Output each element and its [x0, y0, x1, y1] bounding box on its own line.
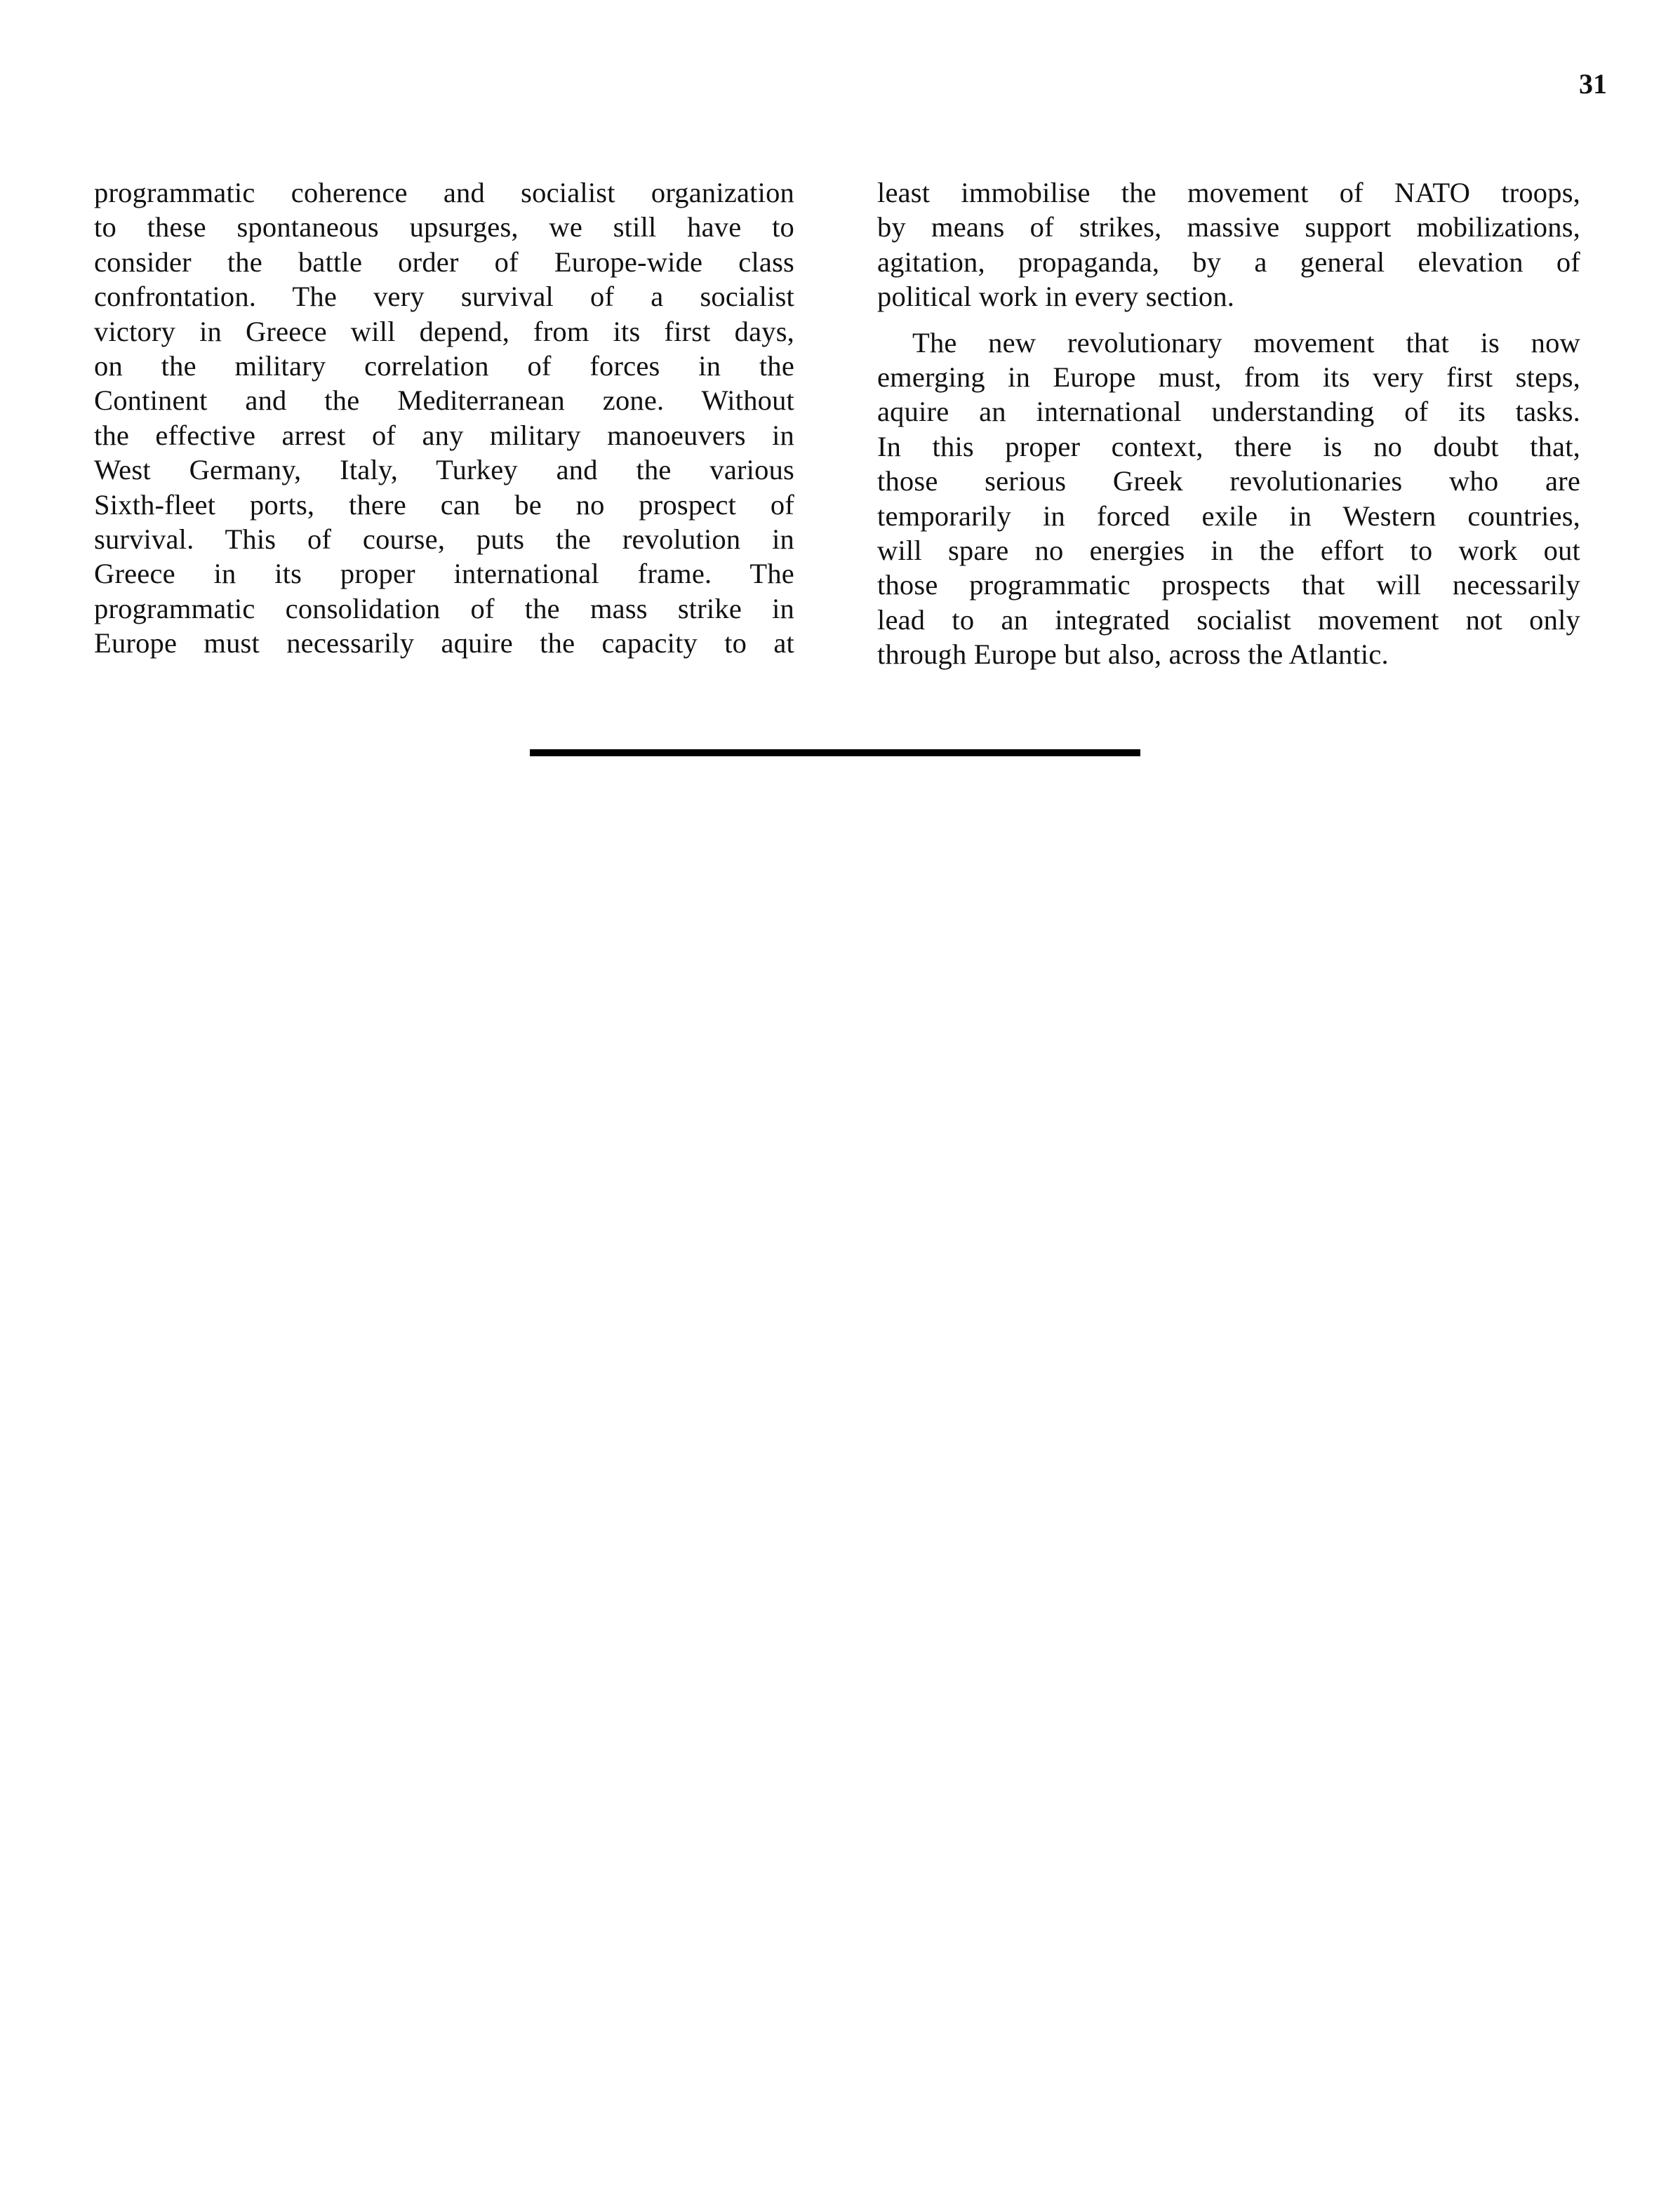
text-line: consider the battle order of Europe-wide…	[94, 245, 794, 279]
text-line: emerging in Europe must, from its very f…	[877, 360, 1580, 394]
left-column: programmatic coherence and socialist org…	[94, 175, 794, 661]
text-line: the effective arrest of any military man…	[94, 418, 794, 453]
text-line: political work in every section.	[877, 279, 1580, 314]
text-line: West Germany, Italy, Turkey and the vari…	[94, 453, 794, 487]
section-end-rule	[530, 749, 1140, 756]
paragraph: The new revolutionary movement that is n…	[877, 326, 1580, 672]
text-line: aquire an international understanding of…	[877, 394, 1580, 429]
text-line: agitation, propaganda, by a general elev…	[877, 245, 1580, 279]
text-line: to these spontaneous upsurges, we still …	[94, 210, 794, 244]
text-line: The new revolutionary movement that is n…	[877, 326, 1580, 360]
text-line: temporarily in forced exile in Western c…	[877, 499, 1580, 533]
text-line: programmatic coherence and socialist org…	[94, 175, 794, 210]
text-line: Greece in its proper international frame…	[94, 556, 794, 591]
text-line: will spare no energies in the effort to …	[877, 533, 1580, 568]
text-line: on the military correlation of forces in…	[94, 349, 794, 383]
paragraph: programmatic coherence and socialist org…	[94, 175, 794, 661]
text-line: those programmatic prospects that will n…	[877, 568, 1580, 602]
text-line: through Europe but also, across the Atla…	[877, 637, 1580, 671]
text-line: confrontation. The very survival of a so…	[94, 279, 794, 314]
text-line: Sixth-fleet ports, there can be no prosp…	[94, 488, 794, 522]
text-line: survival. This of course, puts the revol…	[94, 522, 794, 556]
text-line: those serious Greek revolutionaries who …	[877, 464, 1580, 498]
paragraph: least immobilise the movement of NATO tr…	[877, 175, 1580, 314]
text-line: Europe must necessarily aquire the capac…	[94, 626, 794, 660]
text-line: In this proper context, there is no doub…	[877, 429, 1580, 464]
right-column: least immobilise the movement of NATO tr…	[877, 175, 1580, 672]
text-line: Continent and the Mediterranean zone. Wi…	[94, 383, 794, 417]
text-line: lead to an integrated socialist movement…	[877, 603, 1580, 637]
text-line: victory in Greece will depend, from its …	[94, 314, 794, 349]
text-line: by means of strikes, massive support mob…	[877, 210, 1580, 244]
page-number: 31	[1551, 67, 1607, 100]
text-line: least immobilise the movement of NATO tr…	[877, 175, 1580, 210]
text-line: programmatic consolidation of the mass s…	[94, 591, 794, 626]
